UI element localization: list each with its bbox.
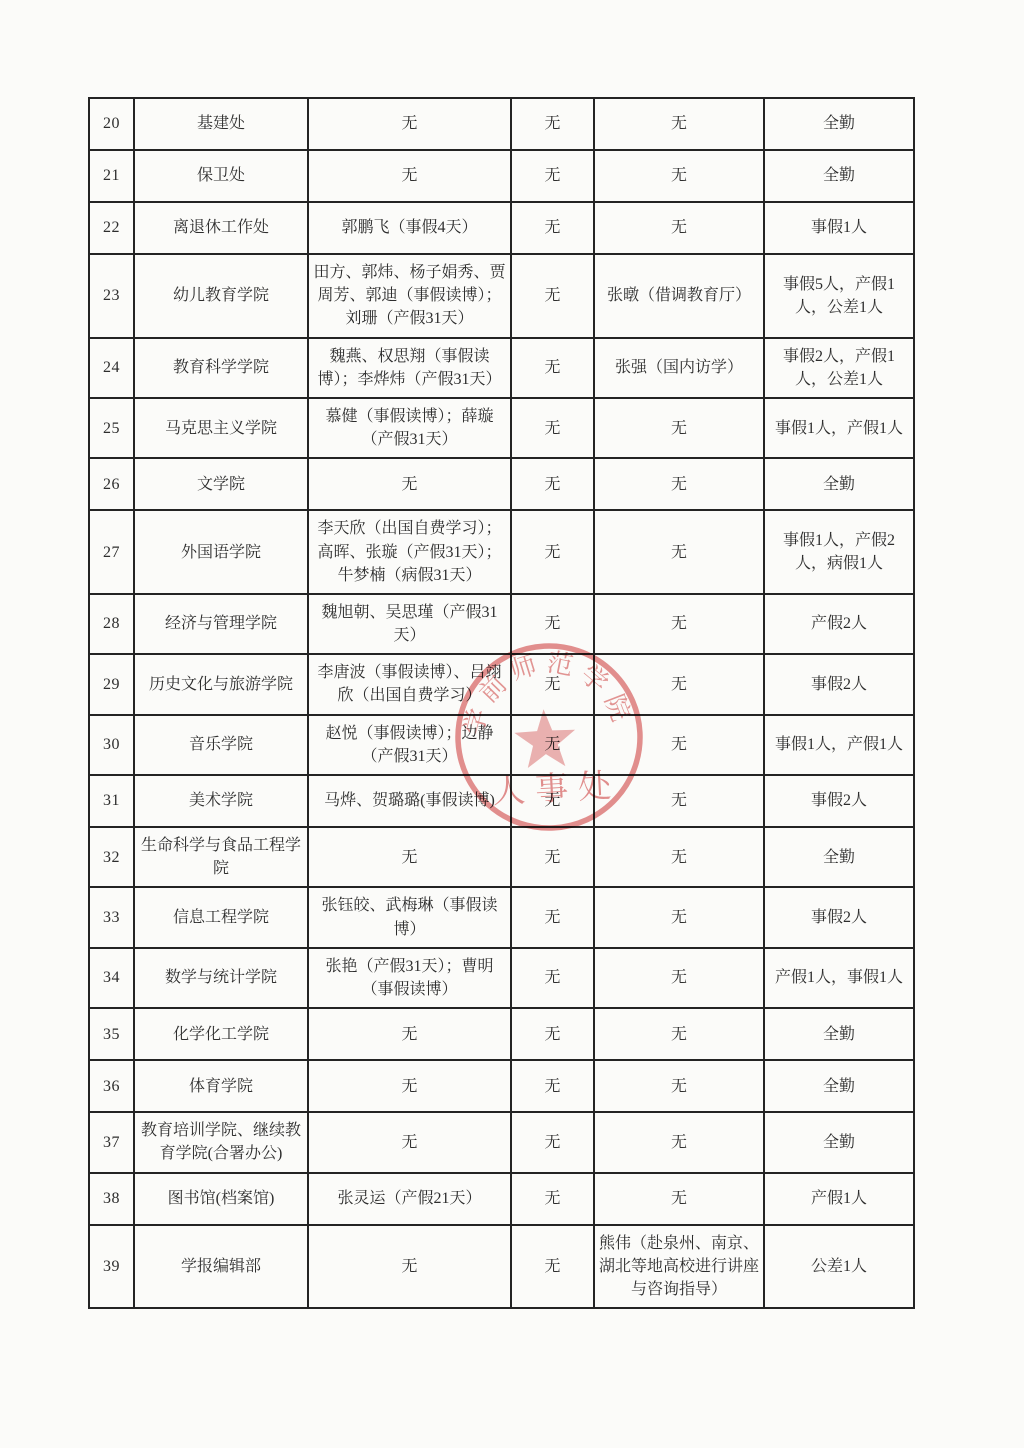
cell-secondment-detail: 无 bbox=[594, 775, 764, 827]
table-row: 23幼儿教育学院田方、郭炜、杨子娟秀、贾周芳、郭迪（事假读博）；刘珊（产假31天… bbox=[89, 254, 914, 338]
cell-attendance-summary: 公差1人 bbox=[764, 1225, 914, 1309]
cell-attendance-summary: 事假2人，产假1人，公差1人 bbox=[764, 338, 914, 398]
cell-row-number: 38 bbox=[89, 1173, 134, 1225]
cell-leave-detail: 李天欣（出国自费学习）；高晖、张璇（产假31天）；牛梦楠（病假31天） bbox=[308, 510, 511, 594]
cell-leave-detail: 赵悦（事假读博）；边静（产假31天） bbox=[308, 715, 511, 775]
cell-attendance-summary: 产假1人，事假1人 bbox=[764, 948, 914, 1008]
cell-col4-value: 无 bbox=[511, 510, 594, 594]
table-row: 38图书馆(档案馆)张灵运（产假21天）无无产假1人 bbox=[89, 1173, 914, 1225]
table-row: 27外国语学院李天欣（出国自费学习）；高晖、张璇（产假31天）；牛梦楠（病假31… bbox=[89, 510, 914, 594]
cell-secondment-detail: 无 bbox=[594, 948, 764, 1008]
table-row: 36体育学院无无无全勤 bbox=[89, 1060, 914, 1112]
cell-secondment-detail: 无 bbox=[594, 510, 764, 594]
cell-col4-value: 无 bbox=[511, 715, 594, 775]
cell-attendance-summary: 产假2人 bbox=[764, 594, 914, 654]
cell-col4-value: 无 bbox=[511, 98, 594, 150]
cell-leave-detail: 无 bbox=[308, 458, 511, 510]
table-row: 22离退休工作处郭鹏飞（事假4天）无无事假1人 bbox=[89, 202, 914, 254]
cell-secondment-detail: 无 bbox=[594, 398, 764, 458]
cell-department: 保卫处 bbox=[134, 150, 308, 202]
cell-col4-value: 无 bbox=[511, 150, 594, 202]
cell-row-number: 22 bbox=[89, 202, 134, 254]
cell-row-number: 20 bbox=[89, 98, 134, 150]
attendance-table-body: 20基建处无无无全勤21保卫处无无无全勤22离退休工作处郭鹏飞（事假4天）无无事… bbox=[89, 98, 914, 1308]
cell-row-number: 30 bbox=[89, 715, 134, 775]
cell-row-number: 21 bbox=[89, 150, 134, 202]
table-row: 30音乐学院赵悦（事假读博）；边静（产假31天）无无事假1人，产假1人 bbox=[89, 715, 914, 775]
cell-leave-detail: 张灵运（产假21天） bbox=[308, 1173, 511, 1225]
cell-secondment-detail: 无 bbox=[594, 202, 764, 254]
cell-col4-value: 无 bbox=[511, 1060, 594, 1112]
table-row: 37教育培训学院、继续教育学院(合署办公)无无无全勤 bbox=[89, 1112, 914, 1172]
cell-col4-value: 无 bbox=[511, 948, 594, 1008]
cell-leave-detail: 无 bbox=[308, 150, 511, 202]
table-row: 31美术学院马烨、贺璐璐(事假读博)无无事假2人 bbox=[89, 775, 914, 827]
cell-department: 教育培训学院、继续教育学院(合署办公) bbox=[134, 1112, 308, 1172]
cell-row-number: 35 bbox=[89, 1008, 134, 1060]
cell-leave-detail: 无 bbox=[308, 1060, 511, 1112]
cell-department: 经济与管理学院 bbox=[134, 594, 308, 654]
cell-leave-detail: 郭鹏飞（事假4天） bbox=[308, 202, 511, 254]
cell-row-number: 27 bbox=[89, 510, 134, 594]
table-row: 20基建处无无无全勤 bbox=[89, 98, 914, 150]
cell-row-number: 26 bbox=[89, 458, 134, 510]
cell-department: 图书馆(档案馆) bbox=[134, 1173, 308, 1225]
cell-row-number: 23 bbox=[89, 254, 134, 338]
cell-leave-detail: 无 bbox=[308, 1008, 511, 1060]
cell-secondment-detail: 无 bbox=[594, 98, 764, 150]
cell-row-number: 31 bbox=[89, 775, 134, 827]
cell-row-number: 24 bbox=[89, 338, 134, 398]
cell-department: 马克思主义学院 bbox=[134, 398, 308, 458]
table-row: 29历史文化与旅游学院李唐波（事假读博）、吕翊欣（出国自费学习）无无事假2人 bbox=[89, 654, 914, 714]
cell-col4-value: 无 bbox=[511, 775, 594, 827]
cell-department: 基建处 bbox=[134, 98, 308, 150]
cell-attendance-summary: 事假5人，产假1人，公差1人 bbox=[764, 254, 914, 338]
cell-row-number: 39 bbox=[89, 1225, 134, 1309]
table-row: 39学报编辑部无无熊伟（赴泉州、南京、湖北等地高校进行讲座与咨询指导）公差1人 bbox=[89, 1225, 914, 1309]
cell-col4-value: 无 bbox=[511, 594, 594, 654]
cell-row-number: 29 bbox=[89, 654, 134, 714]
cell-department: 外国语学院 bbox=[134, 510, 308, 594]
cell-row-number: 28 bbox=[89, 594, 134, 654]
cell-row-number: 37 bbox=[89, 1112, 134, 1172]
table-row: 26文学院无无无全勤 bbox=[89, 458, 914, 510]
cell-col4-value: 无 bbox=[511, 1225, 594, 1309]
cell-attendance-summary: 全勤 bbox=[764, 458, 914, 510]
cell-leave-detail: 魏旭朝、吴思瑾（产假31天） bbox=[308, 594, 511, 654]
cell-secondment-detail: 张强（国内访学） bbox=[594, 338, 764, 398]
cell-col4-value: 无 bbox=[511, 1173, 594, 1225]
cell-row-number: 25 bbox=[89, 398, 134, 458]
cell-col4-value: 无 bbox=[511, 202, 594, 254]
cell-leave-detail: 魏燕、权思翔（事假读博）；李烨炜（产假31天） bbox=[308, 338, 511, 398]
cell-col4-value: 无 bbox=[511, 827, 594, 887]
cell-col4-value: 无 bbox=[511, 1008, 594, 1060]
cell-attendance-summary: 事假1人，产假1人 bbox=[764, 398, 914, 458]
table-row: 25马克思主义学院慕健（事假读博）；薛璇（产假31天）无无事假1人，产假1人 bbox=[89, 398, 914, 458]
cell-attendance-summary: 事假2人 bbox=[764, 887, 914, 947]
cell-attendance-summary: 全勤 bbox=[764, 1112, 914, 1172]
cell-attendance-summary: 全勤 bbox=[764, 827, 914, 887]
cell-attendance-summary: 事假1人，产假2人，病假1人 bbox=[764, 510, 914, 594]
cell-department: 体育学院 bbox=[134, 1060, 308, 1112]
cell-attendance-summary: 事假2人 bbox=[764, 775, 914, 827]
cell-attendance-summary: 全勤 bbox=[764, 1060, 914, 1112]
cell-col4-value: 无 bbox=[511, 398, 594, 458]
cell-department: 数学与统计学院 bbox=[134, 948, 308, 1008]
cell-col4-value: 无 bbox=[511, 254, 594, 338]
cell-secondment-detail: 无 bbox=[594, 1008, 764, 1060]
cell-col4-value: 无 bbox=[511, 458, 594, 510]
cell-secondment-detail: 无 bbox=[594, 150, 764, 202]
cell-attendance-summary: 事假1人 bbox=[764, 202, 914, 254]
cell-attendance-summary: 产假1人 bbox=[764, 1173, 914, 1225]
cell-leave-detail: 马烨、贺璐璐(事假读博) bbox=[308, 775, 511, 827]
cell-department: 历史文化与旅游学院 bbox=[134, 654, 308, 714]
table-row: 24教育科学学院魏燕、权思翔（事假读博）；李烨炜（产假31天）无张强（国内访学）… bbox=[89, 338, 914, 398]
cell-secondment-detail: 无 bbox=[594, 594, 764, 654]
cell-leave-detail: 无 bbox=[308, 1112, 511, 1172]
cell-attendance-summary: 事假1人，产假1人 bbox=[764, 715, 914, 775]
cell-col4-value: 无 bbox=[511, 1112, 594, 1172]
cell-col4-value: 无 bbox=[511, 654, 594, 714]
cell-secondment-detail: 无 bbox=[594, 1173, 764, 1225]
cell-leave-detail: 无 bbox=[308, 1225, 511, 1309]
cell-department: 美术学院 bbox=[134, 775, 308, 827]
cell-leave-detail: 张艳（产假31天）；曹明（事假读博） bbox=[308, 948, 511, 1008]
cell-secondment-detail: 无 bbox=[594, 654, 764, 714]
table-row: 32生命科学与食品工程学院无无无全勤 bbox=[89, 827, 914, 887]
cell-row-number: 34 bbox=[89, 948, 134, 1008]
cell-row-number: 33 bbox=[89, 887, 134, 947]
cell-col4-value: 无 bbox=[511, 887, 594, 947]
cell-department: 幼儿教育学院 bbox=[134, 254, 308, 338]
cell-department: 教育科学学院 bbox=[134, 338, 308, 398]
cell-attendance-summary: 全勤 bbox=[764, 98, 914, 150]
cell-department: 离退休工作处 bbox=[134, 202, 308, 254]
cell-leave-detail: 李唐波（事假读博）、吕翊欣（出国自费学习） bbox=[308, 654, 511, 714]
attendance-table: 20基建处无无无全勤21保卫处无无无全勤22离退休工作处郭鹏飞（事假4天）无无事… bbox=[88, 97, 915, 1309]
table-row: 28经济与管理学院魏旭朝、吴思瑾（产假31天）无无产假2人 bbox=[89, 594, 914, 654]
cell-secondment-detail: 无 bbox=[594, 715, 764, 775]
table-row: 33信息工程学院张钰皎、武梅琳（事假读博）无无事假2人 bbox=[89, 887, 914, 947]
cell-secondment-detail: 无 bbox=[594, 1112, 764, 1172]
cell-leave-detail: 无 bbox=[308, 827, 511, 887]
cell-leave-detail: 张钰皎、武梅琳（事假读博） bbox=[308, 887, 511, 947]
cell-department: 信息工程学院 bbox=[134, 887, 308, 947]
scanned-document-page: 20基建处无无无全勤21保卫处无无无全勤22离退休工作处郭鹏飞（事假4天）无无事… bbox=[0, 0, 1024, 1448]
cell-leave-detail: 慕健（事假读博）；薛璇（产假31天） bbox=[308, 398, 511, 458]
cell-department: 文学院 bbox=[134, 458, 308, 510]
cell-leave-detail: 无 bbox=[308, 98, 511, 150]
cell-row-number: 36 bbox=[89, 1060, 134, 1112]
cell-department: 化学化工学院 bbox=[134, 1008, 308, 1060]
cell-attendance-summary: 全勤 bbox=[764, 1008, 914, 1060]
cell-department: 学报编辑部 bbox=[134, 1225, 308, 1309]
cell-col4-value: 无 bbox=[511, 338, 594, 398]
cell-department: 生命科学与食品工程学院 bbox=[134, 827, 308, 887]
cell-secondment-detail: 熊伟（赴泉州、南京、湖北等地高校进行讲座与咨询指导） bbox=[594, 1225, 764, 1309]
cell-secondment-detail: 无 bbox=[594, 1060, 764, 1112]
cell-department: 音乐学院 bbox=[134, 715, 308, 775]
cell-attendance-summary: 全勤 bbox=[764, 150, 914, 202]
table-row: 21保卫处无无无全勤 bbox=[89, 150, 914, 202]
table-row: 34数学与统计学院张艳（产假31天）；曹明（事假读博）无无产假1人，事假1人 bbox=[89, 948, 914, 1008]
cell-attendance-summary: 事假2人 bbox=[764, 654, 914, 714]
cell-secondment-detail: 无 bbox=[594, 827, 764, 887]
cell-secondment-detail: 无 bbox=[594, 887, 764, 947]
cell-leave-detail: 田方、郭炜、杨子娟秀、贾周芳、郭迪（事假读博）；刘珊（产假31天） bbox=[308, 254, 511, 338]
cell-secondment-detail: 无 bbox=[594, 458, 764, 510]
cell-secondment-detail: 张暾（借调教育厅） bbox=[594, 254, 764, 338]
table-row: 35化学化工学院无无无全勤 bbox=[89, 1008, 914, 1060]
cell-row-number: 32 bbox=[89, 827, 134, 887]
